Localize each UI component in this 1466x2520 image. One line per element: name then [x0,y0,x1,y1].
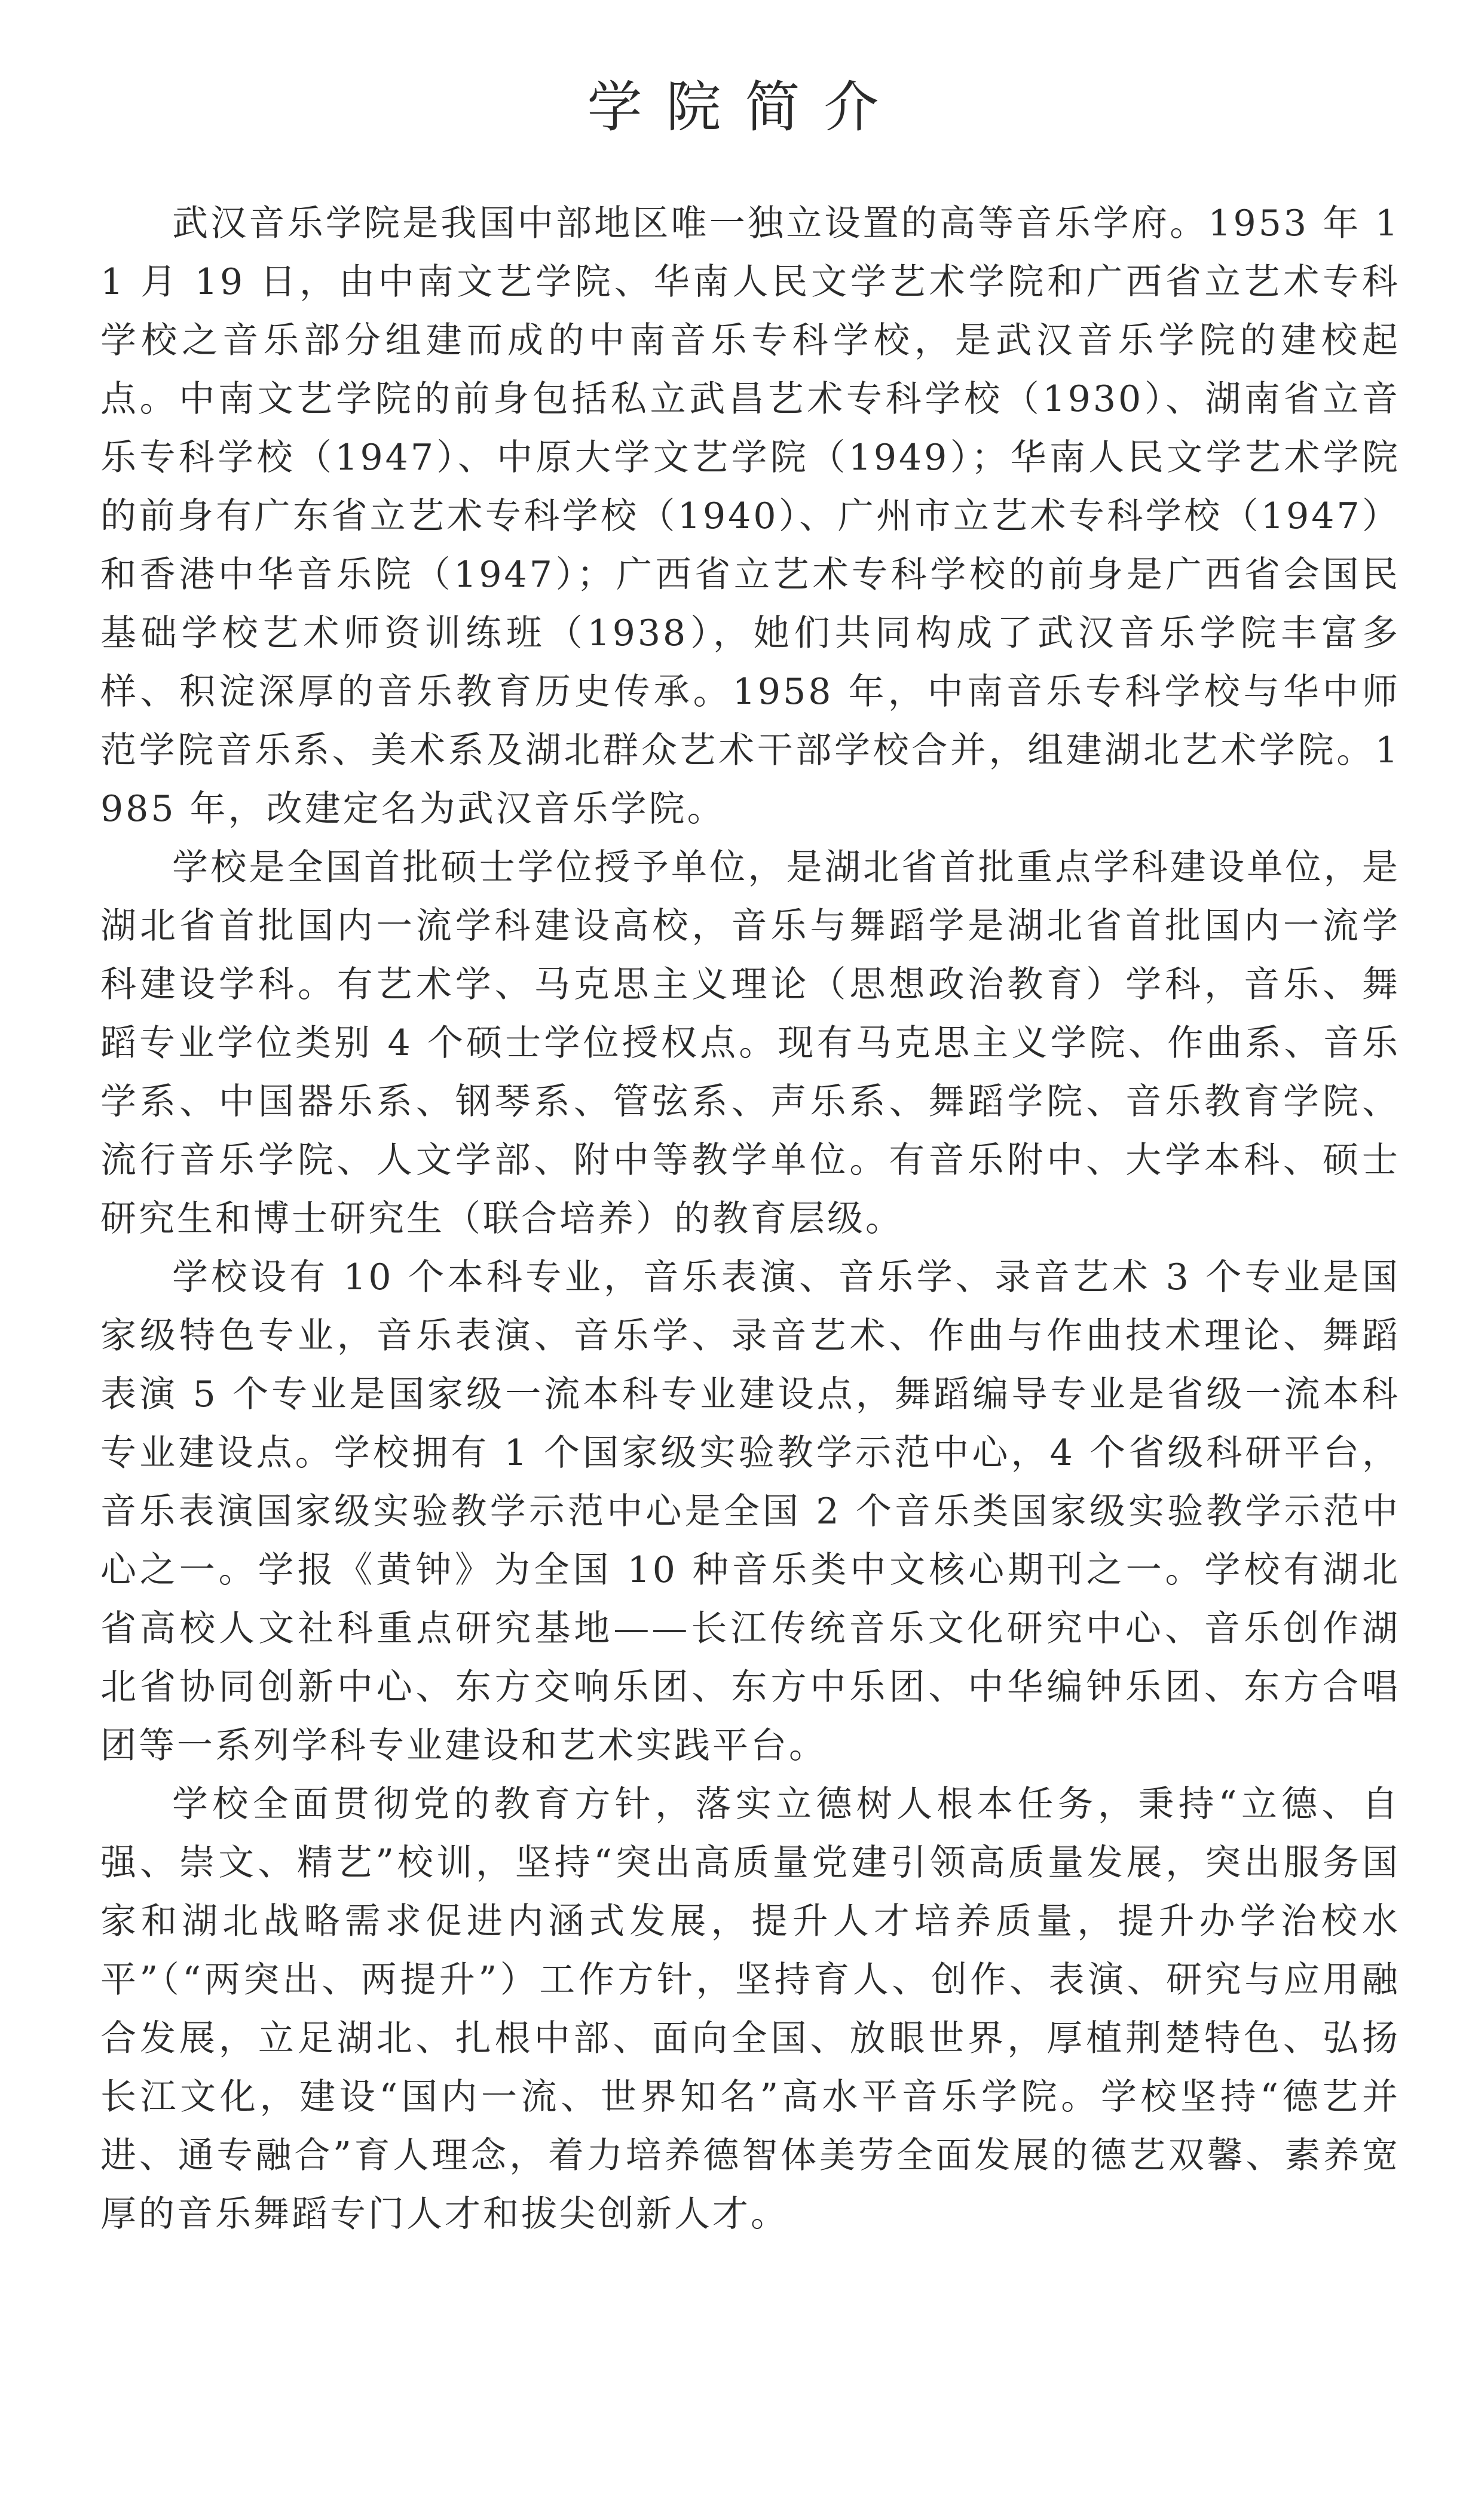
paragraph-majors-platforms: 学校设有 10 个本科专业，音乐表演、音乐学、录音艺术 3 个专业是国家级特色专… [100,1248,1400,1775]
document-page: 学院简介 武汉音乐学院是我国中部地区唯一独立设置的高等音乐学府。1953 年 1… [0,0,1466,2520]
document-body: 武汉音乐学院是我国中部地区唯一独立设置的高等音乐学府。1953 年 11 月 1… [100,194,1400,2243]
paragraph-mission-philosophy: 学校全面贯彻党的教育方针，落实立德树人根本任务，秉持“立德、自强、崇文、精艺”校… [100,1775,1400,2243]
page-title: 学院简介 [0,72,1466,143]
paragraph-degrees-departments: 学校是全国首批硕士学位授予单位，是湖北省首批重点学科建设单位，是湖北省首批国内一… [100,838,1400,1248]
paragraph-history: 武汉音乐学院是我国中部地区唯一独立设置的高等音乐学府。1953 年 11 月 1… [100,194,1400,838]
